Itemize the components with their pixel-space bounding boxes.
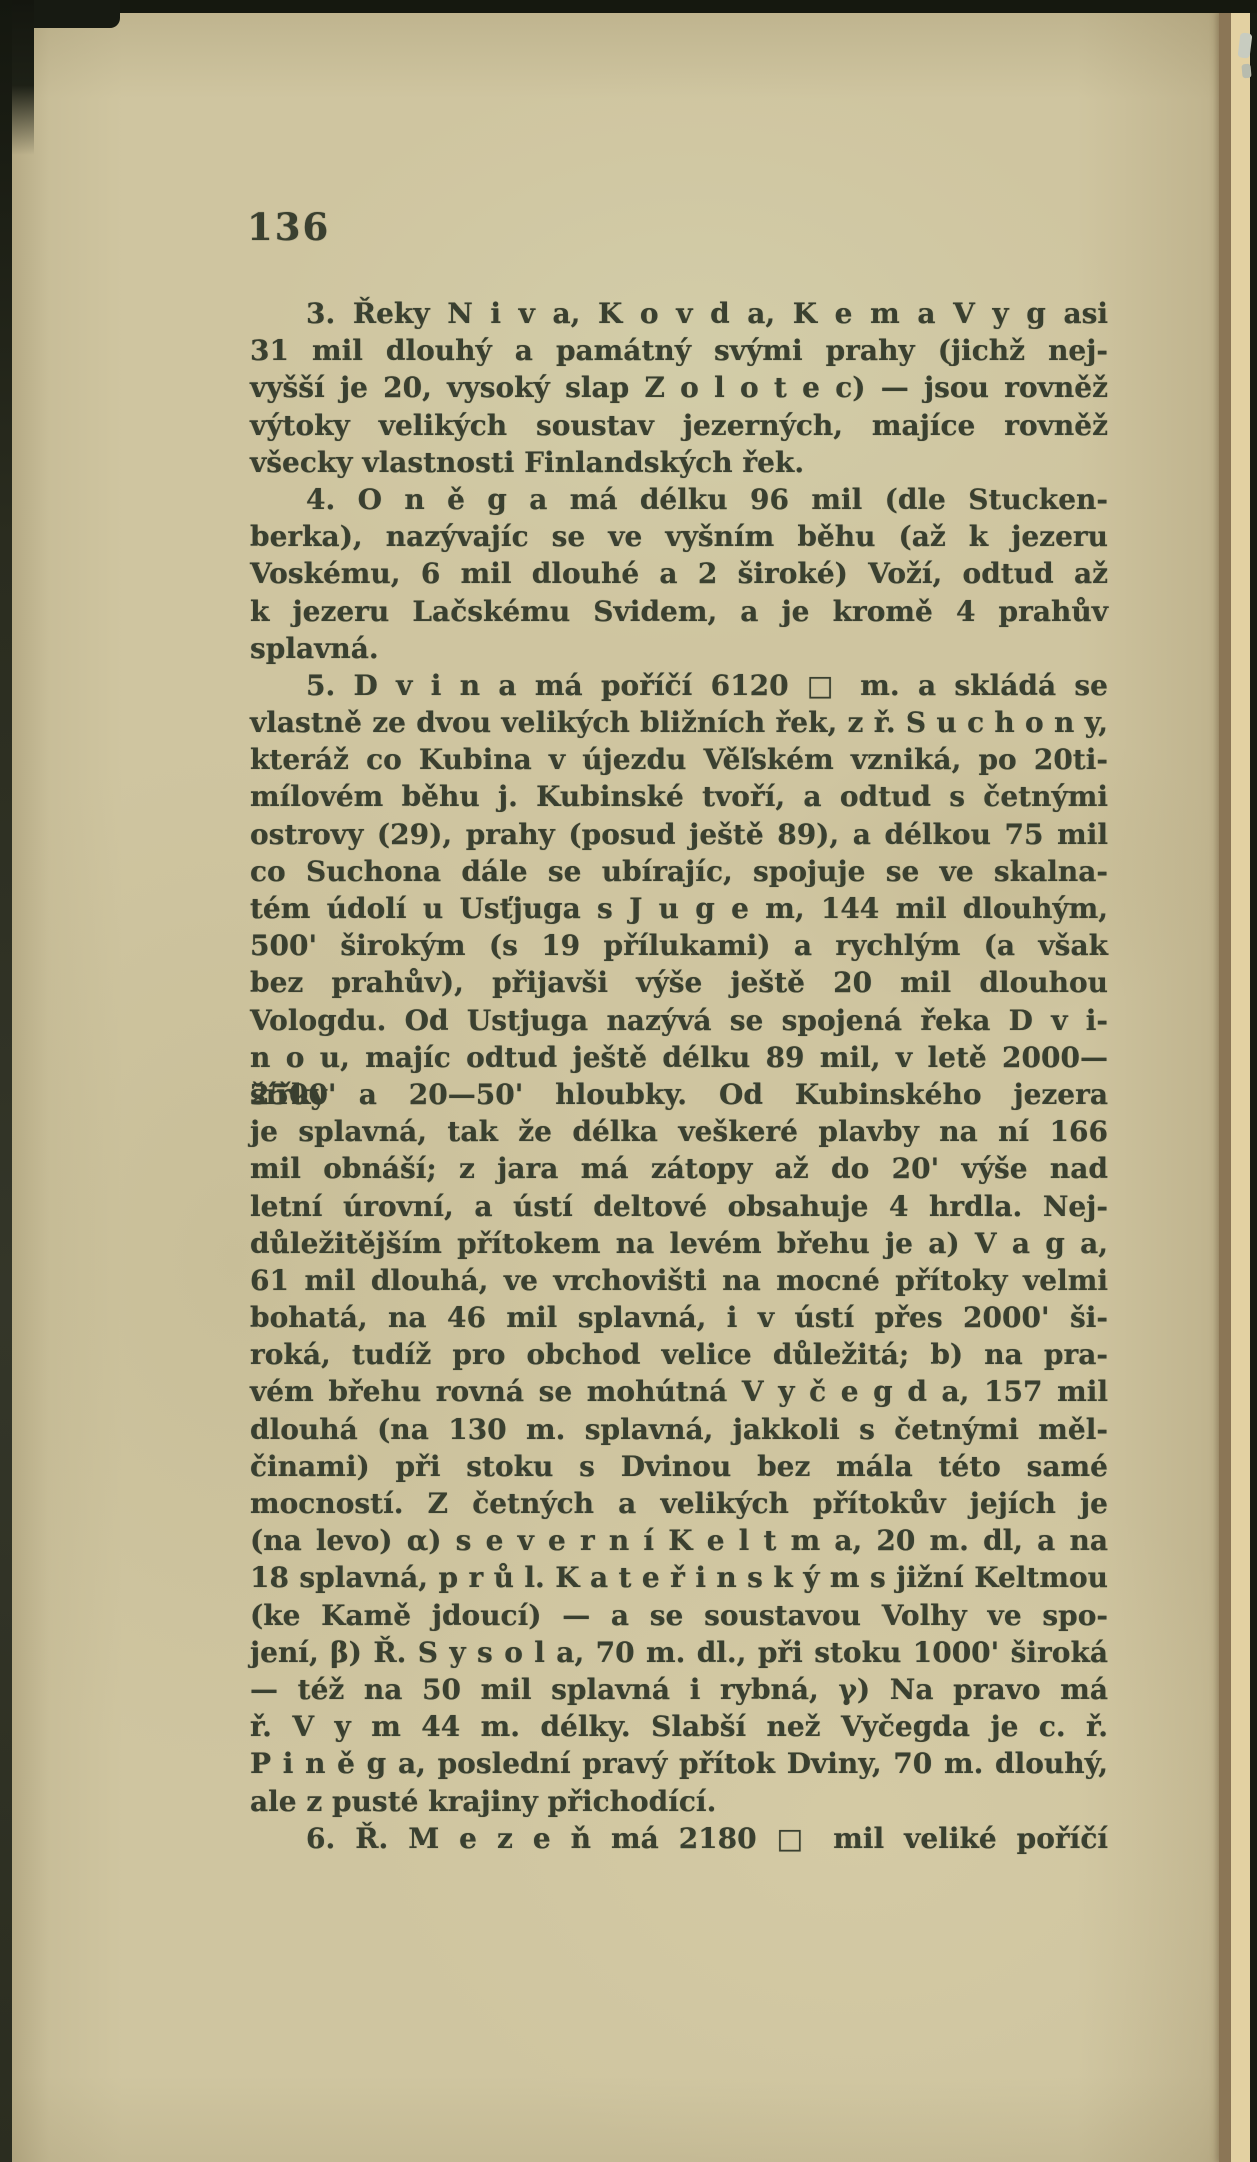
text-line: (na levo) α) s e v e r n í K e l t m a, … xyxy=(250,1522,1108,1559)
text-line: 500' širokým (s 19 přílukami) a rychlým … xyxy=(250,927,1108,964)
text-line: činami) při stoku s Dvinou bez mála této… xyxy=(250,1448,1108,1485)
text-line: vyšší je 20, vysoký slap Z o l o t e c) … xyxy=(250,369,1108,406)
page-edge-shadow xyxy=(1219,13,1231,2162)
text-line: mílovém běhu j. Kubinské tvoří, a odtud … xyxy=(250,778,1108,815)
text-line: všecky vlastnosti Finlandských řek. xyxy=(250,444,1108,481)
paper-smudge xyxy=(1241,64,1251,79)
paragraph: 6. Ř. M e z e ň má 2180 □ mil veliké poř… xyxy=(250,1820,1108,1857)
text-line: k jezeru Lačskému Svidem, a je kromě 4 p… xyxy=(250,593,1108,630)
text-line: 5. D v i n a má poříčí 6120 □ m. a sklád… xyxy=(250,667,1108,704)
text-line: 3. Řeky N i v a, K o v d a, K e m a V y … xyxy=(250,295,1108,332)
text-line: kteráž co Kubina v újezdu Věľském vzniká… xyxy=(250,741,1108,778)
paragraph: 4. O n ě g a má délku 96 mil (dle Stucke… xyxy=(250,481,1108,667)
text-line: je splavná, tak že délka veškeré plavby … xyxy=(250,1113,1108,1150)
text-line: ostrovy (29), prahy (posud ještě 89), a … xyxy=(250,816,1108,853)
paragraph: 3. Řeky N i v a, K o v d a, K e m a V y … xyxy=(250,295,1108,481)
text-line: — též na 50 mil splavná i rybná, γ) Na p… xyxy=(250,1671,1108,1708)
scan-border-right xyxy=(1250,0,1257,2162)
text-line: roká, tudíž pro obchod velice důležitá; … xyxy=(250,1336,1108,1373)
text-line: vém břehu rovná se mohútná V y č e g d a… xyxy=(250,1373,1108,1410)
paragraph: 5. D v i n a má poříčí 6120 □ m. a sklád… xyxy=(250,667,1108,1820)
text-line: 6. Ř. M e z e ň má 2180 □ mil veliké poř… xyxy=(250,1820,1108,1857)
text-line: mocností. Z četných a velikých přítokův … xyxy=(250,1485,1108,1522)
text-line: P i n ě g a, poslední pravý přítok Dviny… xyxy=(250,1745,1108,1782)
scan-border-top xyxy=(0,0,1257,13)
text-line: 31 mil dlouhý a památný svými prahy (jic… xyxy=(250,332,1108,369)
text-line: n o u, majíc odtud ještě délku 89 mil, v… xyxy=(250,1039,1108,1076)
body-text: 3. Řeky N i v a, K o v d a, K e m a V y … xyxy=(250,295,1108,1857)
scan-border-left xyxy=(0,0,12,2162)
text-line: splavná. xyxy=(250,630,1108,667)
text-line: berka), nazývajíc se ve vyšním běhu (až … xyxy=(250,518,1108,555)
text-line: tém údolí u Usťjuga s J u g e m, 144 mil… xyxy=(250,890,1108,927)
text-line: bohatá, na 46 mil splavná, i v ústí přes… xyxy=(250,1299,1108,1336)
text-line: (ke Kamě jdoucí) — a se soustavou Volhy … xyxy=(250,1597,1108,1634)
text-line: 61 mil dlouhá, ve vrchovišti na mocné př… xyxy=(250,1262,1108,1299)
text-line: co Suchona dále se ubírajíc, spojuje se … xyxy=(250,853,1108,890)
text-line: 18 splavná, p r ů l. K a t e ř i n s k ý… xyxy=(250,1559,1108,1596)
text-line: Vologdu. Od Ustjuga nazývá se spojená ře… xyxy=(250,1002,1108,1039)
under-page-strip xyxy=(1231,13,1250,2162)
text-line: Voskému, 6 mil dlouhé a 2 široké) Voží, … xyxy=(250,555,1108,592)
text-line: ř. V y m 44 m. délky. Slabší než Vyčegda… xyxy=(250,1708,1108,1745)
text-line: mil obnáší; z jara má zátopy až do 20' v… xyxy=(250,1150,1108,1187)
text-line: jení, β) Ř. S y s o l a, 70 m. dl., při … xyxy=(250,1634,1108,1671)
page-number: 136 xyxy=(247,205,330,249)
text-line: důležitějším přítokem na levém břehu je … xyxy=(250,1225,1108,1262)
text-line: 4. O n ě g a má délku 96 mil (dle Stucke… xyxy=(250,481,1108,518)
text-line: dlouhá (na 130 m. splavná, jakkoli s čet… xyxy=(250,1411,1108,1448)
text-line: výtoky velikých soustav jezerných, majíc… xyxy=(250,407,1108,444)
text-line: šířky a 20—50' hloubky. Od Kubinského je… xyxy=(250,1076,1108,1113)
text-line: ale z pusté krajiny přichodící. xyxy=(250,1783,1108,1820)
text-line: letní úrovní, a ústí deltové obsahuje 4 … xyxy=(250,1188,1108,1225)
text-line: bez prahův), přijavši výše ještě 20 mil … xyxy=(250,964,1108,1001)
text-line: vlastně ze dvou velikých bližních řek, z… xyxy=(250,704,1108,741)
